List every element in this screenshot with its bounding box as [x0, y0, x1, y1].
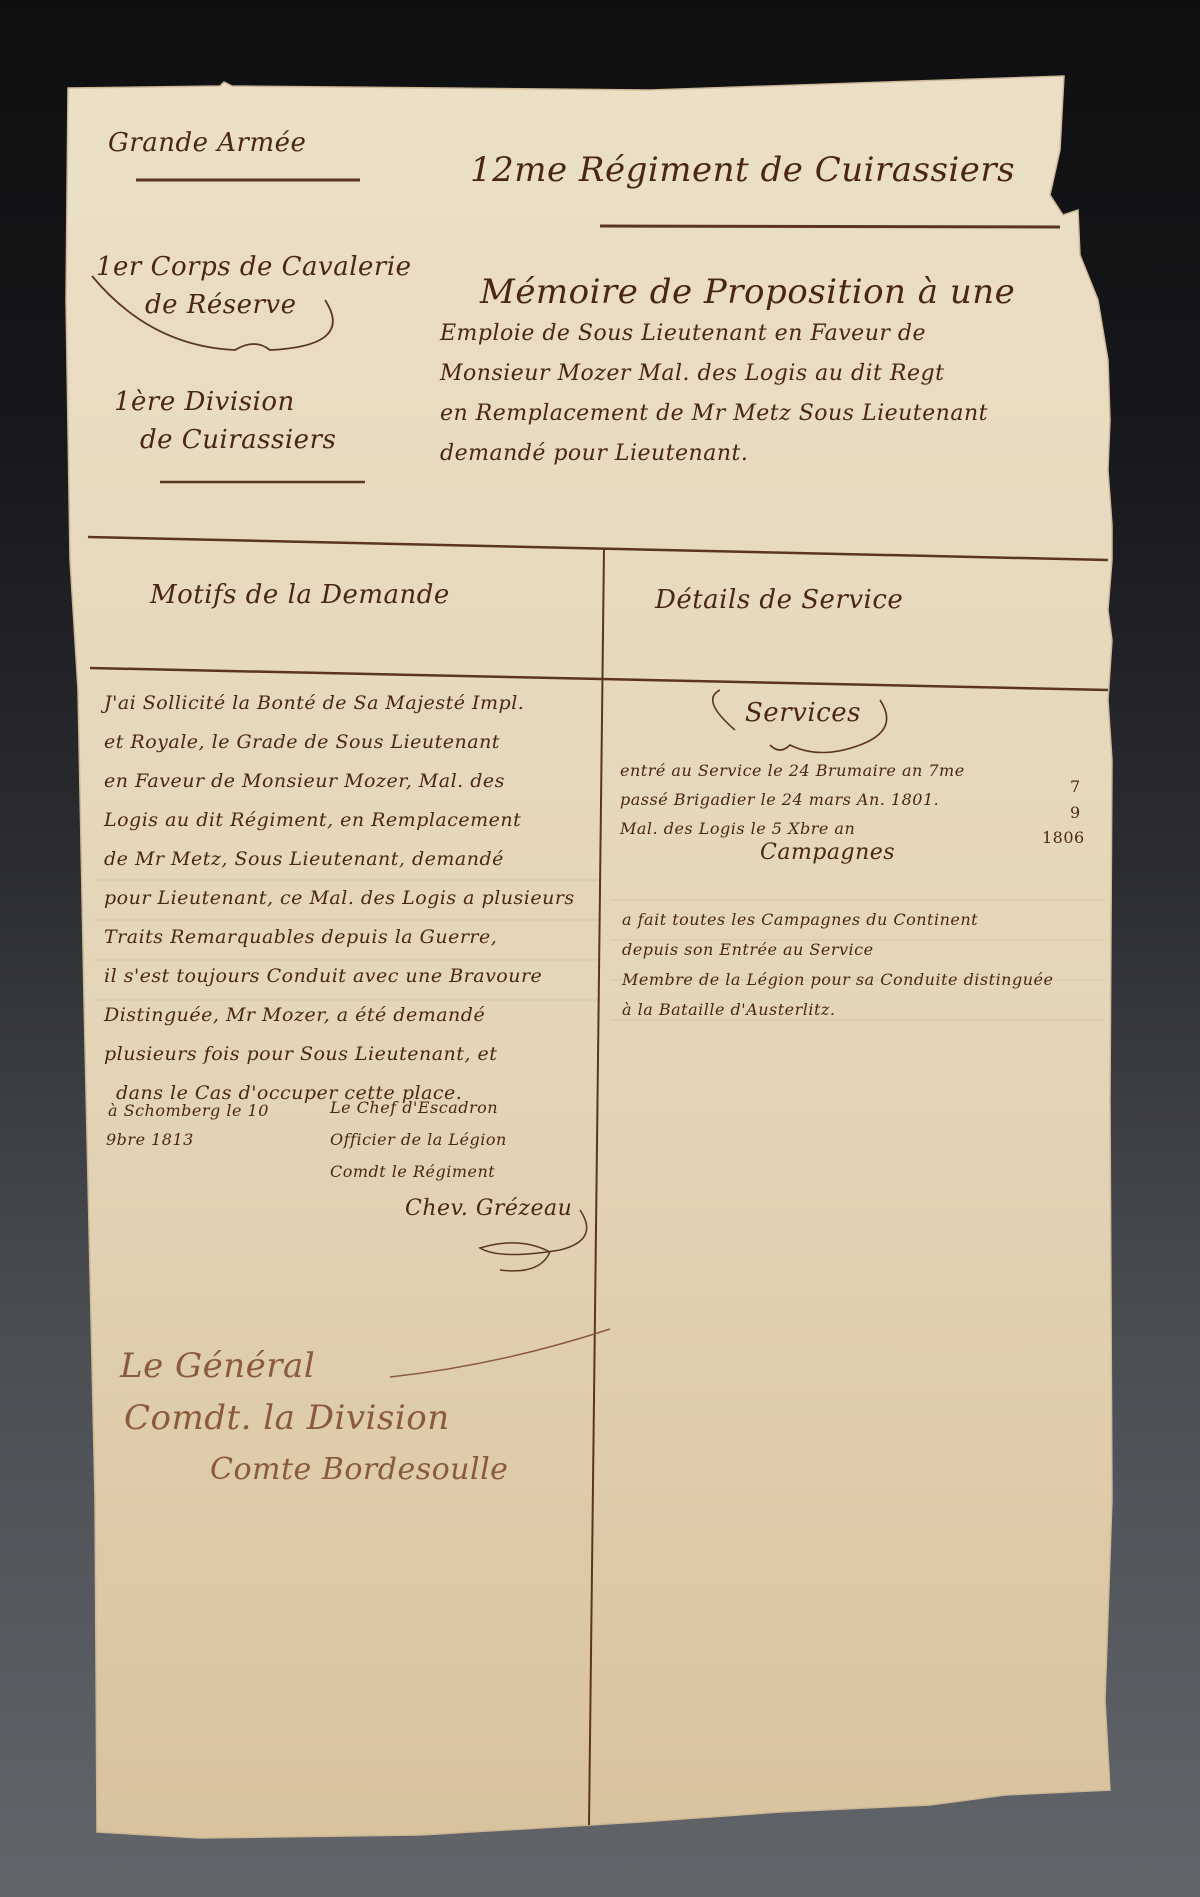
motifs-line: en Faveur de Monsieur Mozer, Mal. des	[104, 762, 575, 801]
column-header-motifs: Motifs de la Demande	[150, 580, 450, 610]
signatory-block: Le Chef d'Escadron Officier de la Légion…	[330, 1092, 507, 1188]
corps-line-1: 1er Corps de Cavalerie	[96, 252, 412, 282]
place-date-line-2: 9bre 1813	[106, 1125, 194, 1154]
signature-flourish	[440, 1190, 610, 1280]
service-date-1: 7	[1070, 772, 1081, 801]
signatory-line: Le Chef d'Escadron	[330, 1092, 507, 1124]
signatory-line: Officier de la Légion	[330, 1124, 507, 1156]
motifs-line: de Mr Metz, Sous Lieutenant, demandé	[104, 840, 575, 879]
campaign-line: a fait toutes les Campagnes du Continent	[622, 905, 1053, 935]
memoire-line: Emploie de Sous Lieutenant en Faveur de	[440, 314, 1110, 354]
signatory-line: Comdt le Régiment	[330, 1156, 507, 1188]
place-date-line-1: à Schomberg le 10	[108, 1096, 269, 1125]
endorsement-line: Comdt. la Division	[120, 1392, 508, 1444]
campaigns-text: a fait toutes les Campagnes du Continent…	[622, 905, 1053, 1025]
motifs-line: Logis au dit Régiment, en Remplacement	[104, 801, 575, 840]
motifs-line: Traits Remarquables depuis la Guerre,	[104, 918, 575, 957]
campaigns-title: Campagnes	[760, 840, 895, 865]
campaign-line: depuis son Entrée au Service	[622, 935, 1053, 965]
motifs-line: pour Lieutenant, ce Mal. des Logis a plu…	[104, 879, 575, 918]
motifs-line: J'ai Sollicité la Bonté de Sa Majesté Im…	[104, 684, 575, 723]
document-sheet: Grande Armée 1er Corps de Cavalerie de R…	[0, 0, 1200, 1897]
motifs-line: plusieurs fois pour Sous Lieutenant, et	[104, 1035, 575, 1074]
endorsement-signature: Comte Bordesoulle	[120, 1444, 508, 1496]
memoire-line: en Remplacement de Mr Metz Sous Lieutena…	[440, 394, 1110, 434]
service-date-3: 1806	[1042, 823, 1085, 852]
division-line-1: 1ère Division	[114, 387, 295, 417]
services-title: Services	[745, 698, 861, 728]
service-entry-3: Mal. des Logis le 5 Xbre an	[620, 814, 855, 843]
corps-line-2: de Réserve	[145, 290, 297, 320]
service-entry-2: passé Brigadier le 24 mars An. 1801.	[620, 785, 939, 814]
motifs-text: J'ai Sollicité la Bonté de Sa Majesté Im…	[104, 684, 575, 1113]
column-header-services: Détails de Service	[655, 585, 903, 615]
division-line-2: de Cuirassiers	[140, 425, 336, 455]
endorsement-flourish	[380, 1325, 620, 1385]
army-label: Grande Armée	[108, 128, 306, 158]
memoire-line: Mémoire de Proposition à une	[440, 272, 1110, 312]
motifs-line: il s'est toujours Conduit avec une Bravo…	[104, 957, 575, 996]
campaign-line: Membre de la Légion pour sa Conduite dis…	[622, 965, 1053, 995]
service-entry-1: entré au Service le 24 Brumaire an 7me	[620, 756, 965, 785]
regiment-title: 12me Régiment de Cuirassiers	[470, 150, 1015, 190]
motifs-line: Distinguée, Mr Mozer, a été demandé	[104, 996, 575, 1035]
motifs-line: et Royale, le Grade de Sous Lieutenant	[104, 723, 575, 762]
memoire-title: Mémoire de Proposition à une Emploie de …	[440, 272, 1110, 474]
memoire-line: Monsieur Mozer Mal. des Logis au dit Reg…	[440, 354, 1110, 394]
memoire-line: demandé pour Lieutenant.	[440, 434, 1110, 474]
campaign-line: à la Bataille d'Austerlitz.	[622, 995, 1053, 1025]
